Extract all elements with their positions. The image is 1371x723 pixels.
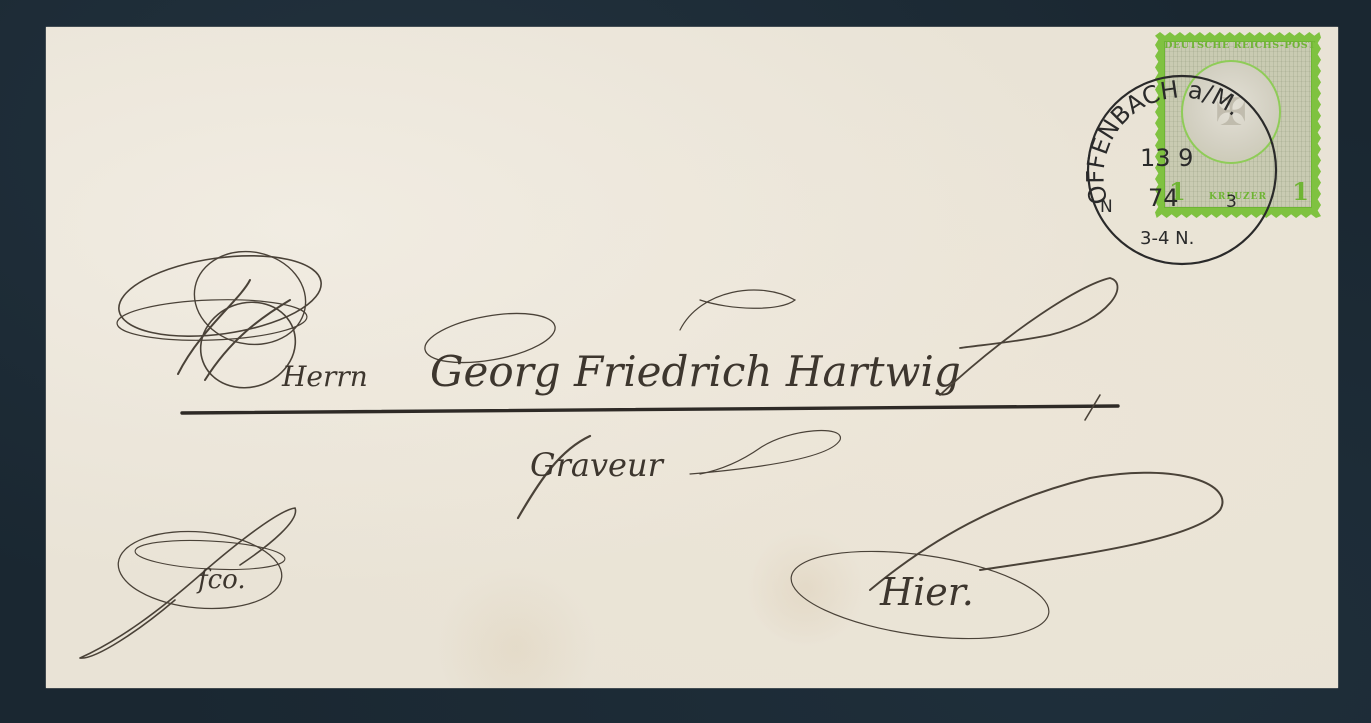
name-text: Georg Friedrich Hartwig <box>430 347 961 396</box>
handwritten-address: Herrn Georg Friedrich Hartwig Graveur fc… <box>0 0 1371 723</box>
occupation-text: Graveur <box>530 446 665 484</box>
destination-text: Hier. <box>879 570 974 614</box>
franking-note: fco. <box>196 565 246 595</box>
salutation-text: Herrn <box>281 360 368 393</box>
